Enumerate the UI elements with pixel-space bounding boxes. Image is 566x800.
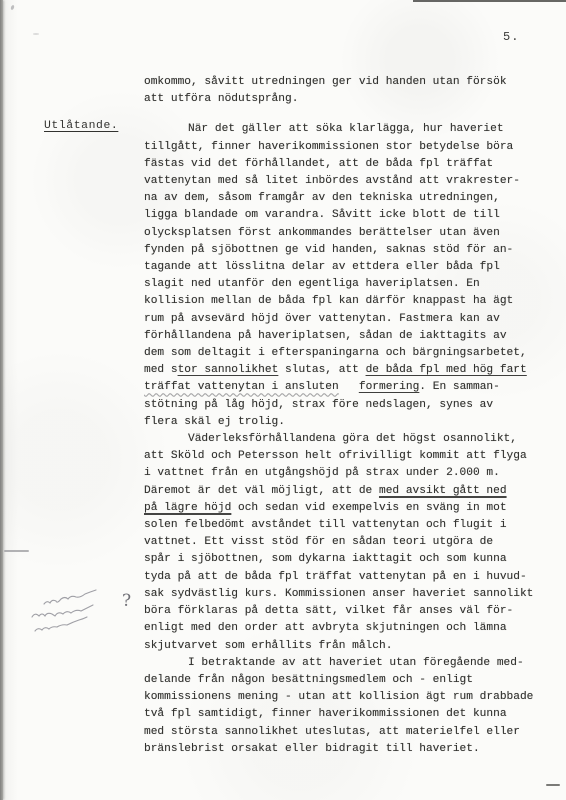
text-segment: fästas vid det förhållandet, att de båda… — [144, 158, 493, 170]
scan-speck — [10, 5, 15, 11]
text-segment: böra förklaras på detta sätt, vilket får… — [144, 605, 513, 617]
question-mark: ? — [122, 591, 131, 611]
text-line: kommissionens mening - utan att kollisio… — [144, 689, 544, 706]
text-segment: kollision mellan de båda fpl kan därför … — [144, 295, 513, 307]
text-line: träffat vattenytan i ansluten formering.… — [144, 379, 544, 396]
scanned-document-page: 5. Utlåtande. omkommo, såvitt utredninge… — [0, 0, 566, 800]
handwriting-squiggle: ? — [22, 584, 142, 644]
text-segment: förhållandena på haveriplatsen, sådan de… — [144, 330, 507, 342]
pencil-dash-left-margin — [4, 550, 29, 552]
text-line: na av dem, såsom framgår av den tekniska… — [144, 190, 544, 207]
scan-edge-top — [413, 0, 566, 2]
text-segment: tyda på att de båda fpl träffat vattenyt… — [144, 571, 527, 583]
text-line: flera skäl ej trolig. — [144, 414, 544, 431]
text-line: böra förklaras på detta sätt, vilket får… — [144, 603, 544, 620]
text-line: vattenytan med så litet inbördes avstånd… — [144, 173, 544, 190]
text-segment: stötning på låg höjd, strax före nedslag… — [144, 399, 493, 411]
text-line: bränslebrist orsakat eller bidragit till… — [144, 741, 544, 758]
text-line: på lägre höjd och sedan vid exempelvis e… — [144, 500, 544, 517]
text-segment: med största sannolikhet uteslutas, att m… — [144, 726, 520, 738]
text-segment: med s — [144, 364, 178, 376]
text-segment: vattenytan med så litet inbördes avstånd… — [144, 175, 520, 187]
text-segment: bränslebrist orsakat eller bidragit till… — [144, 743, 480, 755]
text-line: Däremot är det väl möjligt, att de med a… — [144, 483, 544, 500]
text-segment: att Sköld och Petersson helt ofrivilligt… — [144, 450, 527, 462]
text-line: kollision mellan de båda fpl kan därför … — [144, 293, 544, 310]
text-segment: Väderleksförhållandena göra det högst os… — [188, 433, 517, 445]
text-segment: När det gäller att söka klarlägga, hur h… — [188, 123, 504, 135]
text-segment: tagande att lösslitna delar av ettdera e… — [144, 261, 500, 273]
scan-edge-left — [0, 0, 3, 800]
text-segment — [339, 381, 359, 393]
text-segment: dem som deltagit i efterspaningarna och … — [144, 347, 527, 359]
underlined-text: tor sannolikhet — [178, 364, 279, 376]
text-segment: solen felbedömt avståndet till vattenyta… — [144, 519, 507, 531]
text-segment: enligt med den order att avbryta skjutni… — [144, 622, 507, 634]
text-line: slagit ned utanför den egentliga haverip… — [144, 276, 544, 293]
text-line: vattnet. Ett visst stöd för en sådan teo… — [144, 534, 544, 551]
text-line: att Sköld och Petersson helt ofrivilligt… — [144, 448, 544, 465]
underlined-text: träffat vattenytan i ansluten — [144, 381, 339, 393]
underlined-text: formering — [359, 381, 419, 393]
text-segment: kommissionens mening - utan att kollisio… — [144, 691, 533, 703]
text-line: När det gäller att söka klarlägga, hur h… — [144, 121, 544, 138]
text-line: stötning på låg höjd, strax före nedslag… — [144, 397, 544, 414]
text-line: omkommo, såvitt utredningen ger vid hand… — [144, 74, 544, 91]
text-line: rum på avsevärd höjd över vattenytan. Fa… — [144, 311, 544, 328]
paragraph: omkommo, såvitt utredningen ger vid hand… — [144, 74, 544, 108]
text-line: solen felbedömt avståndet till vattenyta… — [144, 517, 544, 534]
text-segment: skjutvarvet som erhållits från målch. — [144, 640, 392, 652]
text-segment: två fpl samtidigt, finner haverikommissi… — [144, 708, 507, 720]
text-line: enligt med den order att avbryta skjutni… — [144, 620, 544, 637]
text-segment: fynden på sjöbottnen ge vid handen, sakn… — [144, 244, 513, 256]
text-segment: I betraktande av att haveriet utan föreg… — [188, 657, 524, 669]
text-line: ligga blandade om varandra. Såvitt icke … — [144, 207, 544, 224]
text-line: spår i sjöbottnen, som dykarna iakttagit… — [144, 551, 544, 568]
text-line: att utföra nödutsprång. — [144, 91, 544, 108]
paragraph: När det gäller att söka klarlägga, hur h… — [144, 121, 544, 431]
text-segment: ligga blandade om varandra. Såvitt icke … — [144, 209, 500, 221]
text-segment: Däremot är det väl möjligt, att de — [144, 485, 379, 497]
text-segment: . En samman- — [419, 381, 500, 393]
text-line: tillgått, finner haverikommissionen stor… — [144, 139, 544, 156]
text-line: I betraktande av att haveriet utan föreg… — [144, 655, 544, 672]
text-line: olycksplatsen först ankommandes berättel… — [144, 225, 544, 242]
text-line: i vattnet från en utgångshöjd på strax u… — [144, 465, 544, 482]
text-segment: flera skäl ej trolig. — [144, 416, 285, 428]
underlined-text: på lägre höjd — [144, 502, 231, 514]
underlined-text: de båda fpl med hög fart — [366, 364, 527, 376]
text-line: sak sydvästlig kurs. Kommissionen anser … — [144, 586, 544, 603]
text-segment: och sedan vid exempelvis en sväng in mot — [231, 502, 506, 514]
text-segment: i vattnet från en utgångshöjd på strax u… — [144, 467, 500, 479]
text-line: förhållandena på haveriplatsen, sådan de… — [144, 328, 544, 345]
text-segment: delande från någon besättningsmedlem och… — [144, 674, 473, 686]
text-segment: spår i sjöbottnen, som dykarna iakttagit… — [144, 553, 507, 565]
text-line: tyda på att de båda fpl träffat vattenyt… — [144, 569, 544, 586]
text-line: fynden på sjöbottnen ge vid handen, sakn… — [144, 242, 544, 259]
margin-label-utlatande: Utlåtande. — [44, 120, 118, 132]
handwritten-margin-note: ? — [22, 584, 142, 644]
text-line: dem som deltagit i efterspaningarna och … — [144, 345, 544, 362]
text-segment: olycksplatsen först ankommandes berättel… — [144, 227, 500, 239]
text-line: Väderleksförhållandena göra det högst os… — [144, 431, 544, 448]
text-line: två fpl samtidigt, finner haverikommissi… — [144, 706, 544, 723]
text-segment: omkommo, såvitt utredningen ger vid hand… — [144, 76, 507, 88]
text-line: med stor sannolikhet slutas, att de båda… — [144, 362, 544, 379]
text-line: delande från någon besättningsmedlem och… — [144, 672, 544, 689]
text-line: fästas vid det förhållandet, att de båda… — [144, 156, 544, 173]
text-segment: sak sydvästlig kurs. Kommissionen anser … — [144, 588, 533, 600]
underlined-text: med avsikt gått ned — [379, 485, 507, 497]
scan-mark-bottom-right — [546, 784, 560, 786]
text-block: omkommo, såvitt utredningen ger vid hand… — [144, 74, 544, 758]
page-number: 5. — [503, 30, 519, 44]
scan-speck — [33, 33, 39, 35]
text-line: med största sannolikhet uteslutas, att m… — [144, 724, 544, 741]
text-segment: vattnet. Ett visst stöd för en sådan teo… — [144, 536, 493, 548]
text-segment: na av dem, såsom framgår av den tekniska… — [144, 192, 500, 204]
paragraph: I betraktande av att haveriet utan föreg… — [144, 655, 544, 758]
paragraph: Väderleksförhållandena göra det högst os… — [144, 431, 544, 655]
text-segment: slutas, att — [278, 364, 365, 376]
text-segment: tillgått, finner haverikommissionen stor… — [144, 141, 513, 153]
text-line: skjutvarvet som erhållits från målch. — [144, 638, 544, 655]
text-segment: rum på avsevärd höjd över vattenytan. Fa… — [144, 313, 500, 325]
text-segment: slagit ned utanför den egentliga haverip… — [144, 278, 480, 290]
text-line: tagande att lösslitna delar av ettdera e… — [144, 259, 544, 276]
text-segment: att utföra nödutsprång. — [144, 93, 298, 105]
